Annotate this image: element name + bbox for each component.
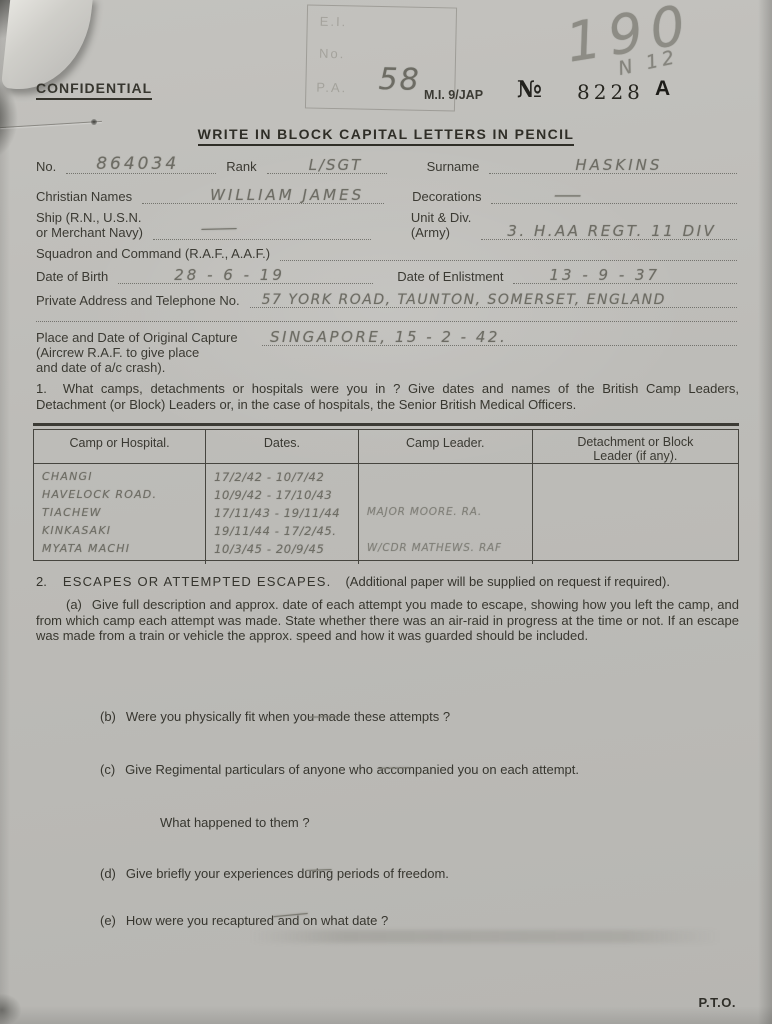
camps-table-header: Camp or Hospital. Dates. Camp Leader. De… [34,430,738,464]
pow-questionnaire-page: CONFIDENTIAL E.I. No. P.A. 58 M.I. 9/JAP… [0,0,772,1024]
ship-label-line1: Ship (R.N., U.S.N. [36,210,143,225]
ship-label-line2: or Merchant Navy) [36,225,143,240]
date-of-enlistment-value: 13 - 9 - 37 [549,266,660,284]
block-leader-entry [541,524,734,542]
address-continuation-line [36,306,737,322]
date-of-enlistment-field: 13 - 9 - 37 [513,268,737,284]
no-field: 864034 [66,158,216,174]
block-leader-entry [541,542,734,560]
surname-value: HASKINS [575,156,662,174]
unit-value: 3. H.AA REGT. 11 DIV [507,222,716,240]
question-1-text: What camps, detachments or hospitals wer… [36,381,739,412]
question-2e-label: (e) [100,913,116,928]
no-value: 864034 [96,154,179,174]
unit-label: Unit & Div. (Army) [411,210,471,240]
field-row-capture: Place and Date of Original Capture (Airc… [36,330,737,375]
dates-entry: 17/2/42 - 10/7/42 [214,470,354,488]
field-row-squadron: Squadron and Command (R.A.F., A.A.F.) [36,245,737,261]
pencil-answer-c: — [375,758,418,777]
camps-table: Camp or Hospital. Dates. Camp Leader. De… [33,429,739,561]
christian-names-field: WILLIAM JAMES [142,188,384,204]
dates-column: 17/2/42 - 10/7/42 10/9/42 - 17/10/43 17/… [205,464,358,564]
leader-entry: W/CDR MATHEWS. RAF [367,542,528,560]
squadron-field [280,245,737,261]
christian-names-value: WILLIAM JAMES [210,186,364,204]
squadron-label: Squadron and Command (R.A.F., A.A.F.) [36,246,270,261]
question-2b-label: (b) [100,709,116,724]
surname-field: HASKINS [489,158,737,174]
block-leader-entry [541,470,734,488]
question-2-heading: 2.ESCAPES OR ATTEMPTED ESCAPES.(Addition… [36,574,739,589]
form-serial-number: 8228 [577,80,644,104]
question-2c-followup: What happened to them ? [160,815,310,830]
block-leader-column [532,464,738,564]
question-2e-text: How were you recaptured and on what date… [126,913,388,928]
dates-entry: 19/11/44 - 17/2/45. [214,524,354,542]
leader-entry [367,488,528,506]
leader-entry [367,470,528,488]
christian-names-label: Christian Names [36,189,132,204]
capture-value: SINGAPORE, 15 - 2 - 42. [270,328,507,346]
ship-field: — [153,224,371,240]
confidential-marking: CONFIDENTIAL [36,80,152,100]
question-2-note: (Additional paper will be supplied on re… [345,574,669,589]
stamp-handwritten-number: 58 [378,62,421,98]
camp-entry: KINKASAKI [42,524,201,542]
decorations-label: Decorations [412,189,481,204]
question-2d-text: Give briefly your experiences during per… [126,866,449,881]
camp-leader-column: MAJOR MOORE. RA. W/CDR MATHEWS. RAF [358,464,532,564]
ship-label: Ship (R.N., U.S.N. or Merchant Navy) [36,210,143,240]
camps-column: CHANGI HAVELOCK ROAD. TIACHEW KINKASAKI … [34,464,205,564]
no-label: No. [36,159,56,174]
question-1: 1.What camps, detachments or hospitals w… [36,381,739,412]
date-of-birth-value: 28 - 6 - 19 [174,266,285,284]
ship-value: — [198,219,245,238]
field-row-address-continuation [36,306,737,322]
question-2b-text: Were you physically fit when you made th… [126,709,450,724]
unit-label-line2: (Army) [411,225,471,240]
page-title: WRITE IN BLOCK CAPITAL LETTERS IN PENCIL [198,126,575,146]
pencil-answer-b: — [307,707,346,726]
stamp-line: No. [319,46,346,62]
decorations-value: — [554,186,586,204]
unit-label-line1: Unit & Div. [411,210,471,225]
dates-entry: 10/3/45 - 20/9/45 [214,542,354,560]
field-row-dates: Date of Birth 28 - 6 - 19 Date of Enlist… [36,268,737,284]
question-2a-label: (a) [66,597,82,612]
header-camp-leader: Camp Leader. [358,430,532,463]
rank-label: Rank [226,159,256,174]
question-2b: (b)Were you physically fit when you made… [100,709,450,724]
date-of-enlistment-label: Date of Enlistment [397,269,503,284]
surname-label: Surname [427,159,480,174]
capture-label-line3: and date of a/c crash). [36,360,262,375]
block-leader-entry [541,488,734,506]
staple-hole [91,119,97,125]
ink-ghost-smudge [250,930,720,943]
dates-entry: 17/11/43 - 19/11/44 [214,506,354,524]
question-2c-label: (c) [100,762,115,777]
question-2c: (c)Give Regimental particulars of anyone… [100,762,579,777]
please-turn-over: P.T.O. [699,995,736,1010]
decorations-field: — [491,188,737,204]
capture-label-line1: Place and Date of Original Capture [36,330,262,345]
question-2c-text: Give Regimental particulars of anyone wh… [125,762,579,777]
question-2d: (d)Give briefly your experiences during … [100,866,449,881]
rank-value: L/SGT [309,156,363,174]
stamp-line: E.I. [320,14,348,30]
numero-sign: № [517,76,542,103]
question-2-title: ESCAPES OR ATTEMPTED ESCAPES. [63,574,332,589]
capture-field: SINGAPORE, 15 - 2 - 42. [262,330,737,346]
question-2e: (e)How were you recaptured and on what d… [100,913,388,928]
camp-entry: TIACHEW [42,506,201,524]
camp-entry: HAVELOCK ROAD. [42,488,201,506]
date-of-birth-label: Date of Birth [36,269,108,284]
header-camp-or-hospital: Camp or Hospital. [34,430,205,463]
header-detachment-leader: Detachment or Block Leader (if any). [532,430,738,463]
camp-entry: MYATA MACHI [42,542,201,560]
dates-entry: 10/9/42 - 17/10/43 [214,488,354,506]
date-of-birth-field: 28 - 6 - 19 [118,268,373,284]
question-2a: (a)Give full description and approx. dat… [36,597,739,644]
table-top-rule [33,423,739,426]
capture-label-line2: (Aircrew R.A.F. to give place [36,345,262,360]
field-row-identity: No. 864034 Rank L/SGT Surname HASKINS [36,158,737,174]
leader-entry: MAJOR MOORE. RA. [367,506,528,524]
header-dates: Dates. [205,430,358,463]
stamp-line: P.A. [316,80,347,96]
question-2a-text: Give full description and approx. date o… [36,597,739,643]
title-row: WRITE IN BLOCK CAPITAL LETTERS IN PENCIL [0,126,772,146]
field-row-names: Christian Names WILLIAM JAMES Decoration… [36,188,737,204]
capture-label: Place and Date of Original Capture (Airc… [36,330,262,375]
form-reference: M.I. 9/JAP [424,88,483,102]
pencil-answer-d: — [303,859,338,878]
leader-entry [367,524,528,542]
block-leader-entry [541,506,734,524]
rank-field: L/SGT [267,158,387,174]
question-1-number: 1. [36,381,47,396]
unit-field: 3. H.AA REGT. 11 DIV [481,224,737,240]
question-2-number: 2. [36,574,47,589]
camp-entry: CHANGI [42,470,201,488]
field-row-ship-unit: Ship (R.N., U.S.N. or Merchant Navy) — U… [36,210,737,240]
series-letter: A [655,77,670,101]
camps-table-body: CHANGI HAVELOCK ROAD. TIACHEW KINKASAKI … [34,464,738,564]
question-2d-label: (d) [100,866,116,881]
